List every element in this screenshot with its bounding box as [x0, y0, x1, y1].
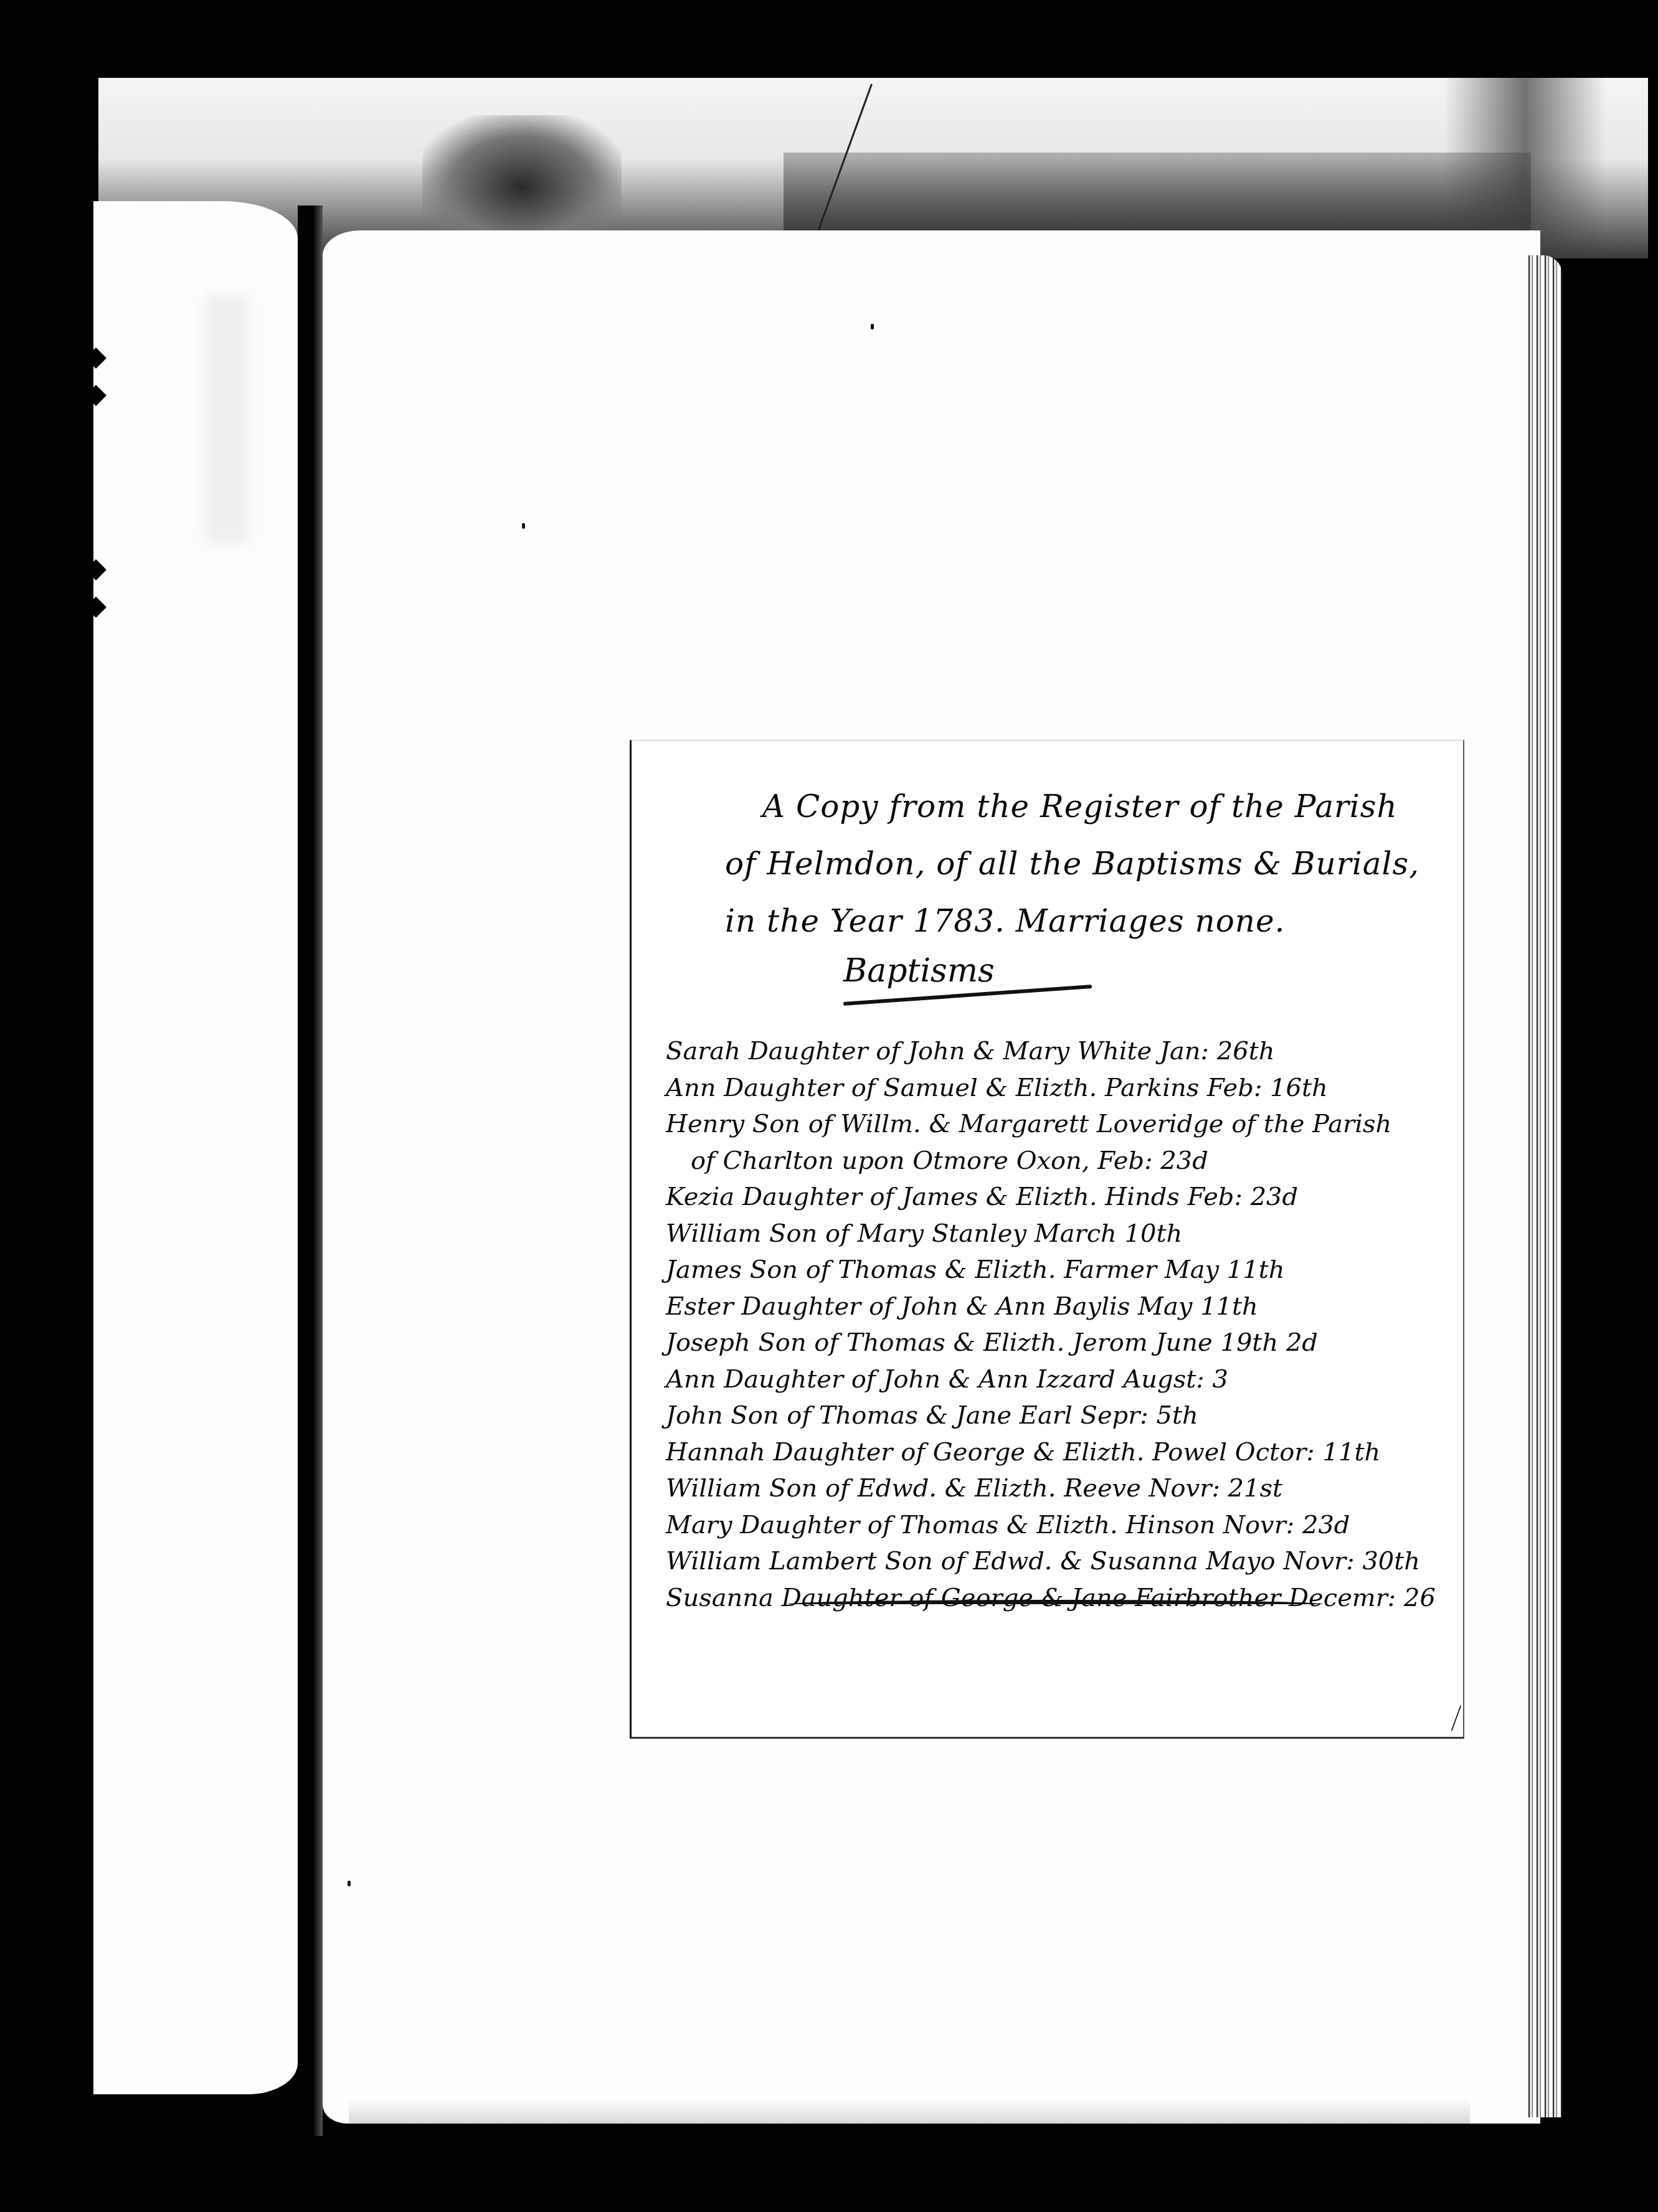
section-title-baptisms: Baptisms — [843, 952, 995, 990]
baptism-entry: Ester Daughter of John & Ann Baylis May … — [666, 1288, 1463, 1325]
closing-flourish-rule — [787, 1600, 1323, 1604]
baptism-entry: Joseph Son of Thomas & Elizth. Jerom Jun… — [666, 1325, 1463, 1361]
page-tear — [85, 597, 107, 618]
document-heading: A Copy from the Register of the Parish o… — [725, 778, 1441, 950]
baptism-entry: William Son of Edwd. & Elizth. Reeve Nov… — [666, 1470, 1463, 1507]
baptism-entry: Kezia Daughter of James & Elizth. Hinds … — [666, 1179, 1463, 1216]
baptism-entry-continuation: of Charlton upon Otmore Oxon, Feb: 23d — [666, 1143, 1463, 1179]
page-tear — [85, 559, 107, 580]
ink-speck — [871, 324, 874, 329]
baptism-entry: Henry Son of Willm. & Margarett Loveridg… — [666, 1106, 1463, 1143]
baptism-entry: Susanna Daughter of George & Jane Fairbr… — [666, 1580, 1463, 1617]
book-gutter — [298, 206, 323, 2136]
heading-line-1: A Copy from the Register of the Parish — [725, 778, 1441, 835]
page-tear — [85, 347, 107, 369]
heading-line-2: of Helmdon, of all the Baptisms & Burial… — [725, 835, 1441, 892]
page-shadow — [349, 2099, 1470, 2124]
baptism-entry: Ann Daughter of John & Ann Izzard Augst:… — [666, 1361, 1463, 1398]
register-copy-card: A Copy from the Register of the Parish o… — [630, 740, 1464, 1739]
corner-mark — [1433, 1706, 1462, 1731]
baptism-entry: John Son of Thomas & Jane Earl Sepr: 5th — [666, 1397, 1463, 1434]
baptism-entry: William Lambert Son of Edwd. & Susanna M… — [666, 1543, 1463, 1580]
ink-speck — [522, 523, 525, 529]
page-tear — [85, 385, 107, 406]
ink-speck — [348, 1881, 351, 1886]
baptism-entry: Sarah Daughter of John & Mary White Jan:… — [666, 1033, 1463, 1070]
page-stain — [206, 295, 249, 544]
baptism-entry: William Son of Mary Stanley March 10th — [666, 1216, 1463, 1252]
baptism-entries: Sarah Daughter of John & Mary White Jan:… — [666, 1033, 1463, 1616]
baptism-entry: Mary Daughter of Thomas & Elizth. Hinson… — [666, 1507, 1463, 1544]
left-page-edge — [93, 201, 298, 2094]
baptism-entry: Hannah Daughter of George & Elizth. Powe… — [666, 1434, 1463, 1471]
baptism-entry: Ann Daughter of Samuel & Elizth. Parkins… — [666, 1070, 1463, 1107]
heading-line-3: in the Year 1783. Marriages none. — [725, 892, 1441, 950]
page-stack-edges — [1525, 255, 1562, 2117]
baptism-entry: James Son of Thomas & Elizth. Farmer May… — [666, 1252, 1463, 1288]
